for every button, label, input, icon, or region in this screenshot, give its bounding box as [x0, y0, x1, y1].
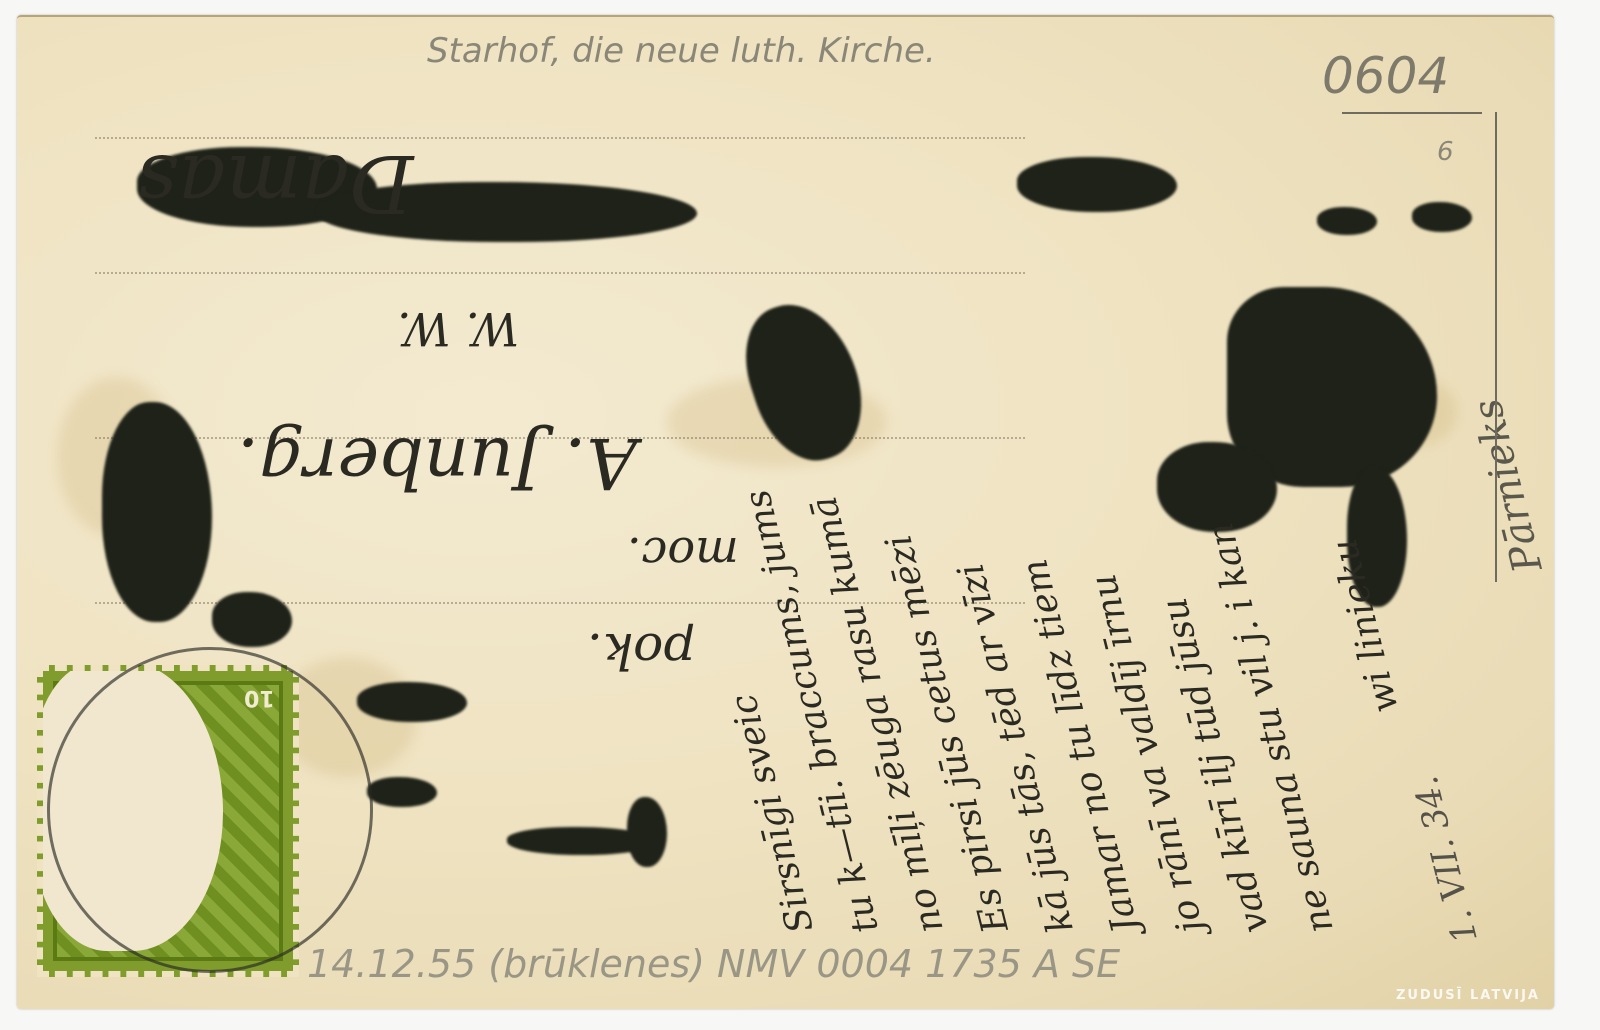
postmark-circle [47, 647, 373, 973]
address-line-2: W. W. [397, 302, 519, 356]
signature-rule [1495, 112, 1497, 582]
catalog-sub: 6 [1437, 137, 1454, 167]
ink-blot [1317, 207, 1377, 235]
watermark: ZUDUSĪ LATVIJA [1396, 988, 1540, 1003]
address-line-5: pok. [587, 622, 695, 680]
catalog-underline [1342, 112, 1482, 114]
ink-blot [367, 777, 437, 807]
ink-blot [1412, 202, 1472, 232]
address-line-3: A. Junberg. [237, 422, 637, 504]
ink-blot [102, 402, 212, 622]
pencil-bottom-note: 14.12.55 (brūklenes) NMV 0004 1735 A SE [307, 942, 1120, 986]
signature: Pārnieks [1464, 394, 1551, 577]
ink-blot [627, 797, 667, 867]
catalog-number: 0604 [1322, 47, 1449, 105]
ink-blot [1157, 442, 1277, 532]
pencil-caption: Starhof, die neue luth. Kirche. [427, 31, 936, 71]
address-line-4: moc. [627, 527, 739, 581]
ink-blot [212, 592, 292, 647]
address-line-1: Damas [137, 137, 413, 230]
postcard-back: Starhof, die neue luth. Kirche. 0604 6 1… [17, 15, 1554, 1009]
message-date: 1. VII. 34. [1406, 772, 1486, 947]
ink-blot [357, 682, 467, 722]
ink-blot [1017, 157, 1177, 212]
address-line [95, 272, 1025, 274]
